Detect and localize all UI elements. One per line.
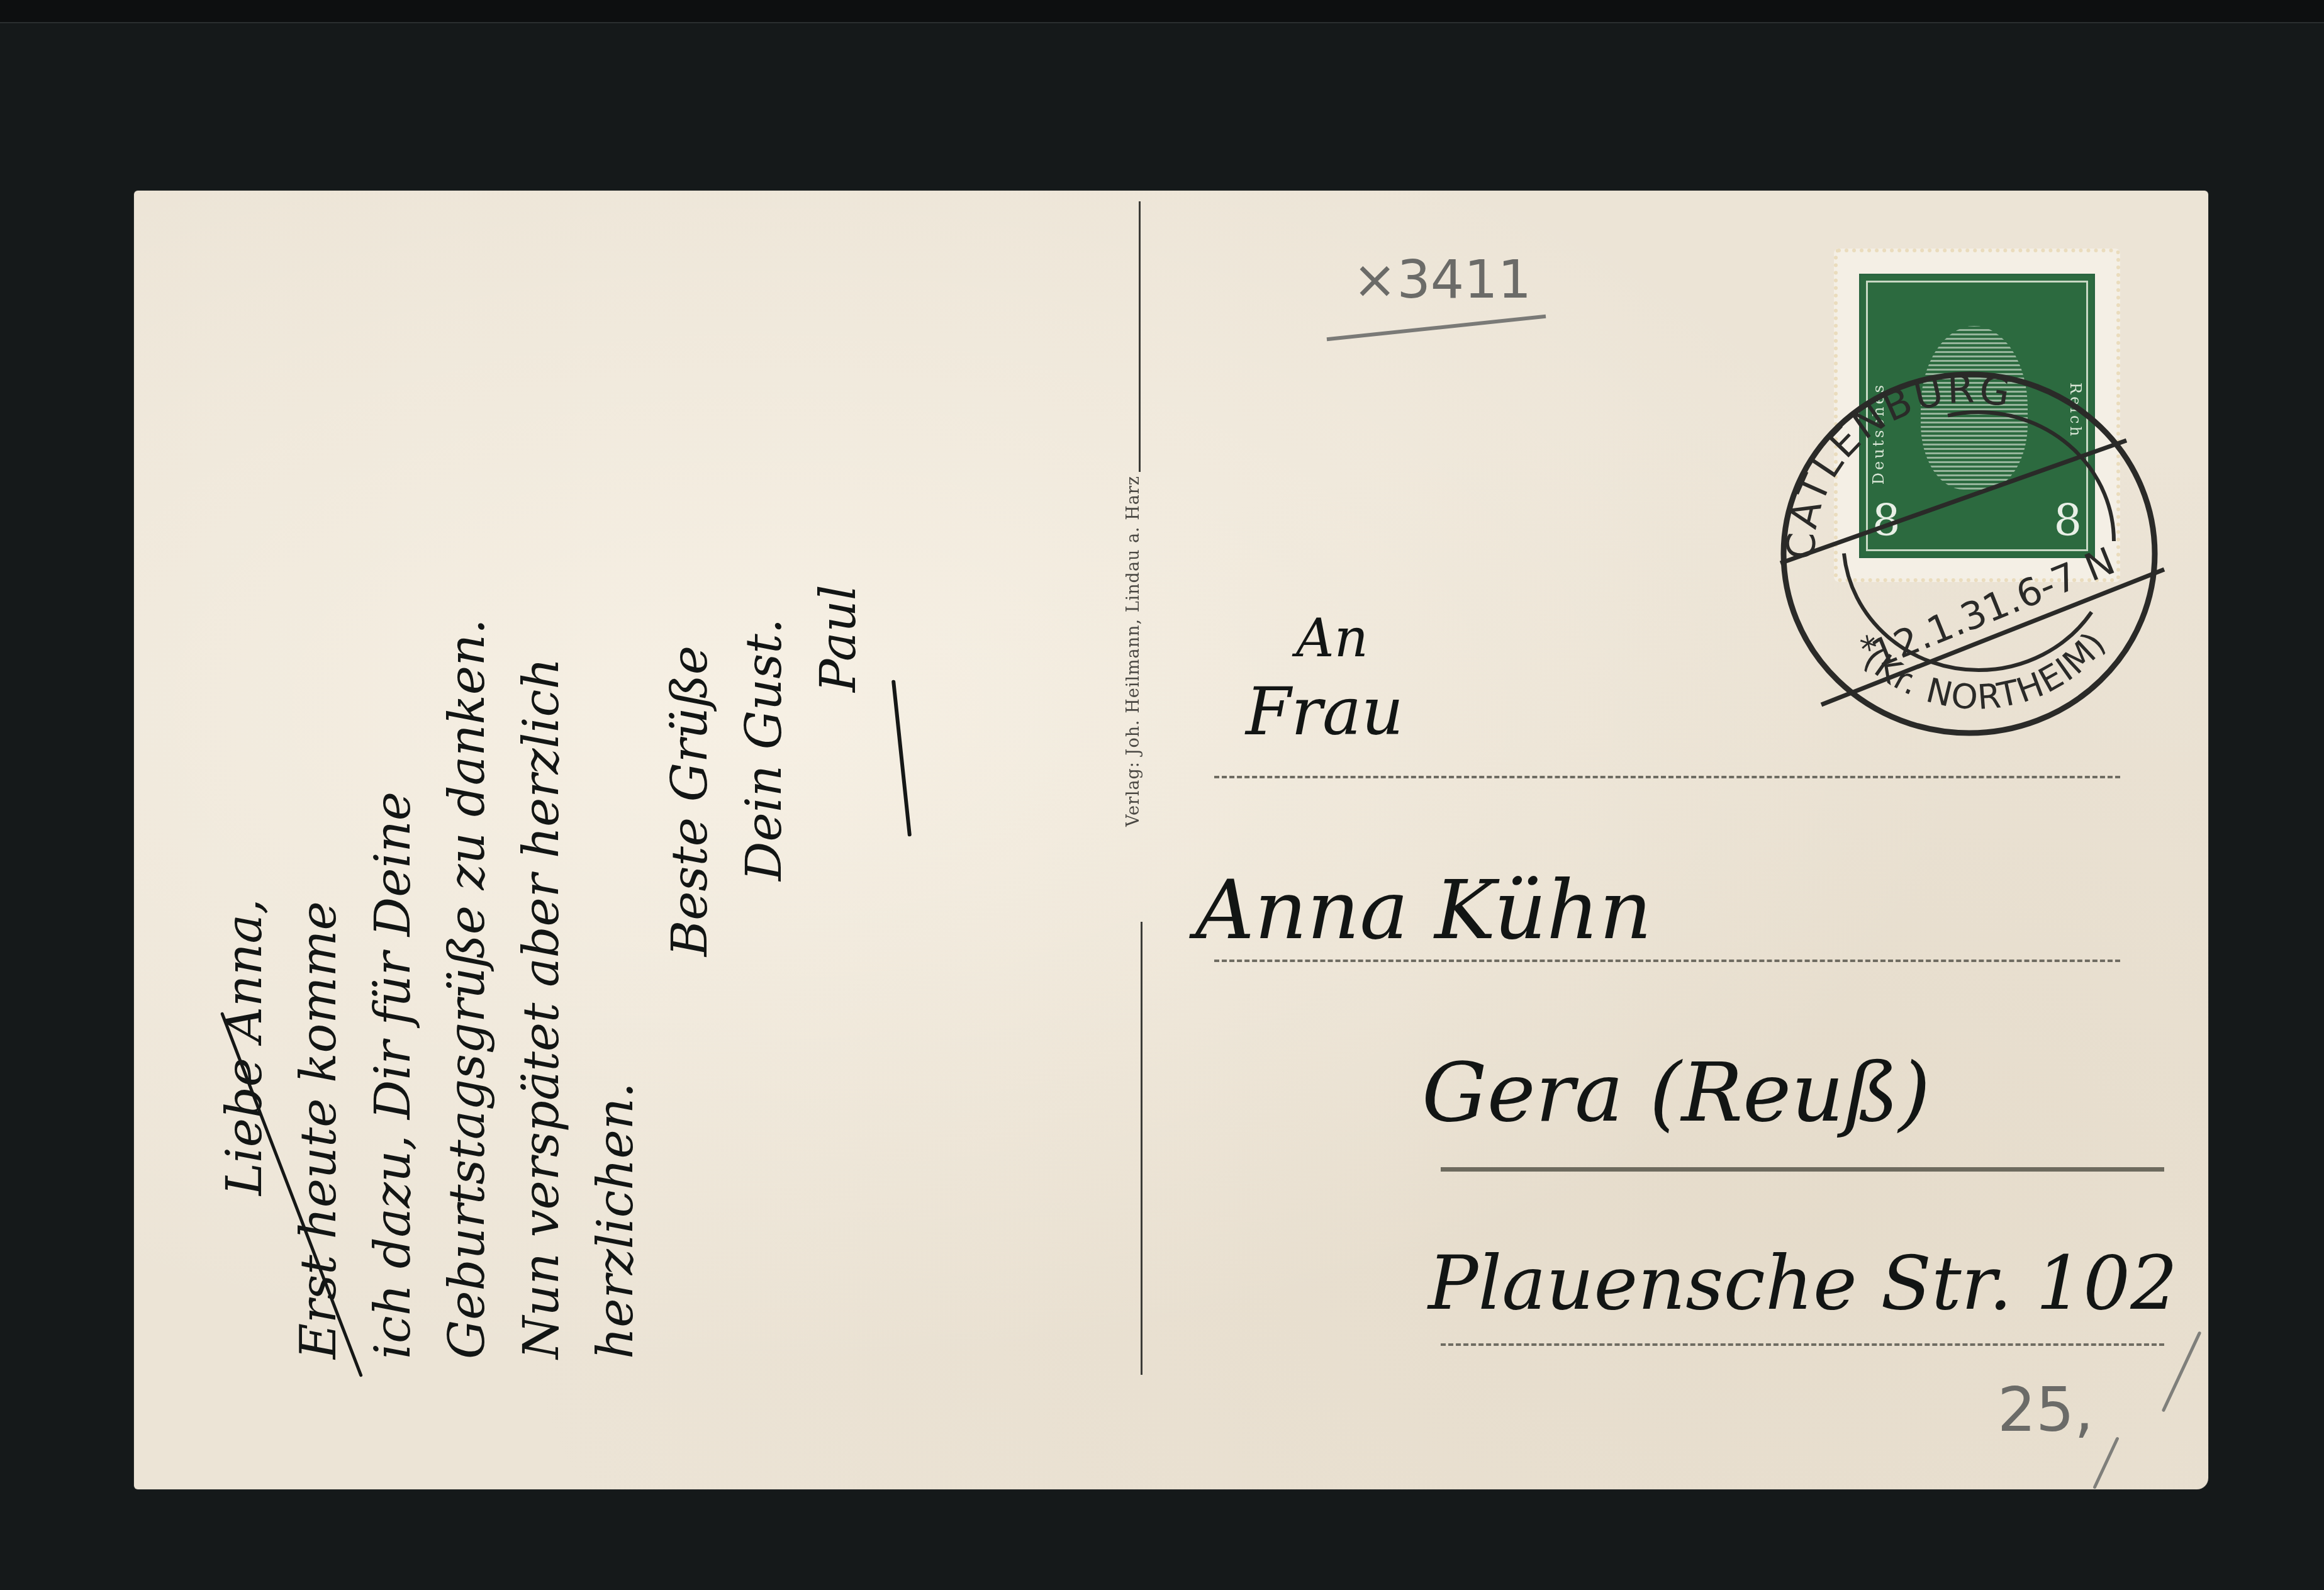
stamp-portrait-icon [1921,326,2028,490]
message-signature: Dein Gust. [727,289,802,1359]
pencil-reference-number: ×3411 [1353,249,1531,310]
message-signature-name: Paul [802,289,876,1359]
address-salutation: Frau [1246,673,1404,750]
stamp-frame: Deutsches Reich 8 8 [1859,274,2095,558]
handwritten-message: Liebe Anna, Erst heute komme ich dazu, D… [208,289,876,1359]
postcard-divider-lower [1141,922,1142,1375]
address-city: Gera (Reuß) [1422,1044,1931,1140]
stamp-country-text: Reich [2067,383,2084,439]
address-recipient-name: Anna Kühn [1195,862,1652,958]
publisher-imprint: Verlag: Joh. Heilmann, Lindau a. Harz [1120,381,1148,922]
address-street: Plauensche Str. 102 [1428,1240,2177,1326]
stamp-country-text: Deutsches [1870,383,1887,484]
address-line-rule [1214,776,2120,778]
message-line: herzlichen. [579,289,653,1359]
stamp-value: 8 [1872,495,1901,546]
address-line-rule [1441,1343,2164,1346]
message-line: Nun verspätet aber herzlich [505,289,579,1359]
postage-stamp: Deutsches Reich 8 8 [1834,249,2120,582]
message-line: ich dazu, Dir für Deine [356,289,430,1359]
stamp-value: 8 [2053,495,2082,546]
address-line-rule [1214,960,2120,962]
pencil-price: 25, [1997,1375,2094,1445]
message-closing: Beste Grüße [653,289,727,1359]
message-line: Liebe Anna, [208,289,282,1359]
address-prefix: An [1296,607,1368,669]
album-mount-top-band [0,0,2324,23]
address-line-rule [1441,1167,2164,1172]
message-line: Geburtstagsgrüße zu danken. [430,289,505,1359]
